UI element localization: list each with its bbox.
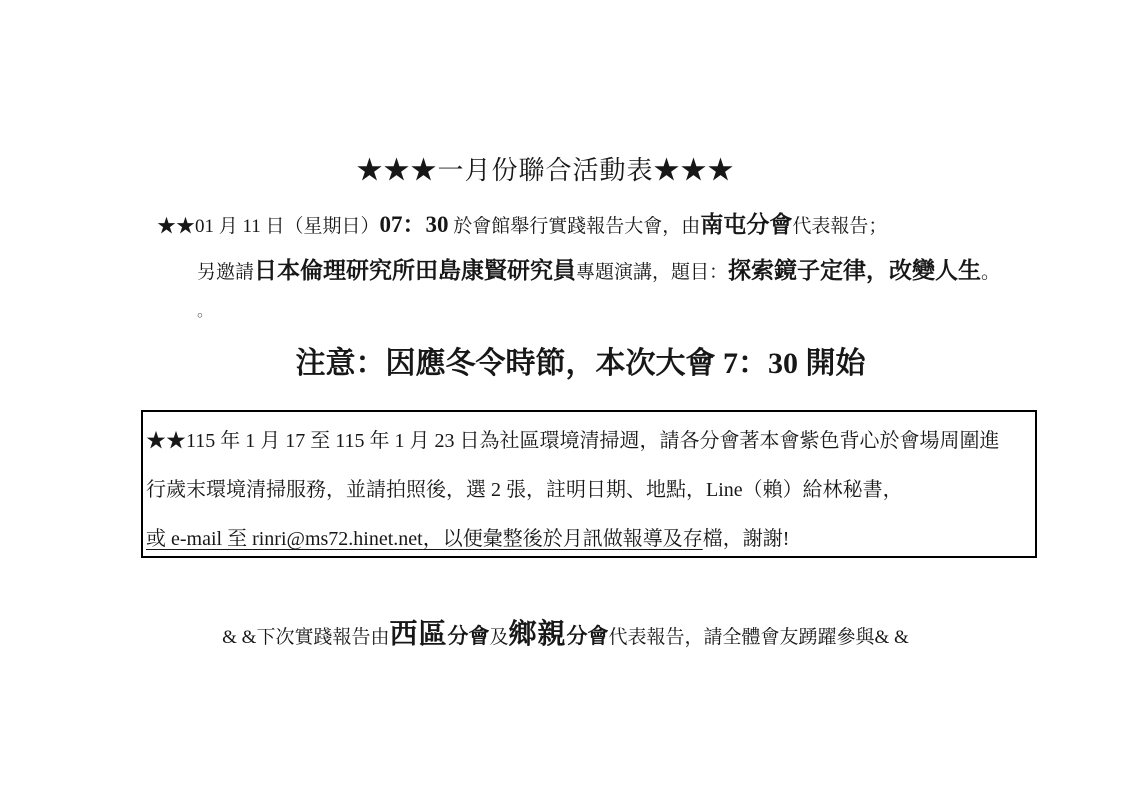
lecture-period: 。 (981, 262, 1000, 283)
next-branch-2-suffix: 分會 (567, 624, 609, 648)
document-page: ★★★一月份聯合活動表★★★ ★★01 月 11 日（星期日）07：30 於會館… (0, 0, 1131, 800)
footer-tail-text: 代表報告，請全體會友踴躍參與 (609, 627, 875, 648)
lecture-topic-label: 專題演講，題目： (576, 262, 728, 283)
email-instruction-plain: 檔，謝謝! (703, 528, 790, 550)
meeting-announcement-paragraph: ★★01 月 11 日（星期日）07：30 於會館舉行實踐報告大會，由南屯分會代… (157, 206, 1071, 239)
lecture-invite-text: 另邀請 (197, 262, 254, 283)
meeting-time: 07：30 (380, 212, 449, 237)
email-instruction-underlined: 或 e-mail 至 rinri@ms72.hinet.net，以便彙整後於月訊… (146, 528, 703, 550)
lecture-announcement-paragraph: 另邀請日本倫理研究所田島康賢研究員專題演講，題目：探索鏡子定律，改變人生。 (197, 252, 1091, 285)
email-address: rinri@ms72.hinet.net (252, 528, 423, 550)
winter-time-notice: 注意：因應冬令時節，本次大會 7：30 開始 (30, 338, 1131, 382)
footer-amp-left: & & (222, 627, 256, 648)
email-instruction-suffix: ，以便彙整後於月訊做報導及存 (423, 528, 703, 550)
footer-lead-text: 下次實踐報告由 (256, 627, 389, 648)
lecture-speaker-name: 日本倫理研究所田島康賢研究員 (254, 258, 576, 283)
next-branch-1: 西區 (389, 619, 447, 650)
stray-period-line: 。 (197, 298, 213, 321)
cleanup-week-notice-box: ★★115 年 1 月 17 至 115 年 1 月 23 日為社區環境清掃週，… (141, 410, 1037, 558)
cleanup-week-line3: 或 e-mail 至 rinri@ms72.hinet.net，以便彙整後於月訊… (146, 515, 1033, 558)
meeting-date-text: ★★01 月 11 日（星期日） (157, 216, 380, 237)
cleanup-week-line1: ★★115 年 1 月 17 至 115 年 1 月 23 日為社區環境清掃週，… (146, 417, 1033, 466)
document-title: ★★★一月份聯合活動表★★★ (0, 150, 1091, 187)
meeting-place-text: 於會館舉行實踐報告大會，由 (449, 216, 701, 237)
cleanup-week-line2: 行歲末環境清掃服務，並請拍照後，選 2 張，註明日期、地點，Line（賴）給林秘… (146, 466, 1033, 515)
footer-amp-right: & & (875, 627, 909, 648)
reporting-branch-name: 南屯分會 (700, 212, 792, 237)
email-instruction-prefix: 或 e-mail 至 (146, 528, 252, 550)
meeting-report-text: 代表報告； (792, 216, 887, 237)
lecture-topic-title: 探索鏡子定律，改變人生 (728, 258, 981, 283)
next-branch-1-suffix: 分會 (447, 624, 489, 648)
next-branch-2: 鄉親 (509, 619, 567, 650)
next-report-footer: & &下次實踐報告由西區分會及鄉親分會代表報告，請全體會友踴躍參與& & (0, 612, 1131, 652)
footer-conjunction: 及 (489, 627, 508, 648)
